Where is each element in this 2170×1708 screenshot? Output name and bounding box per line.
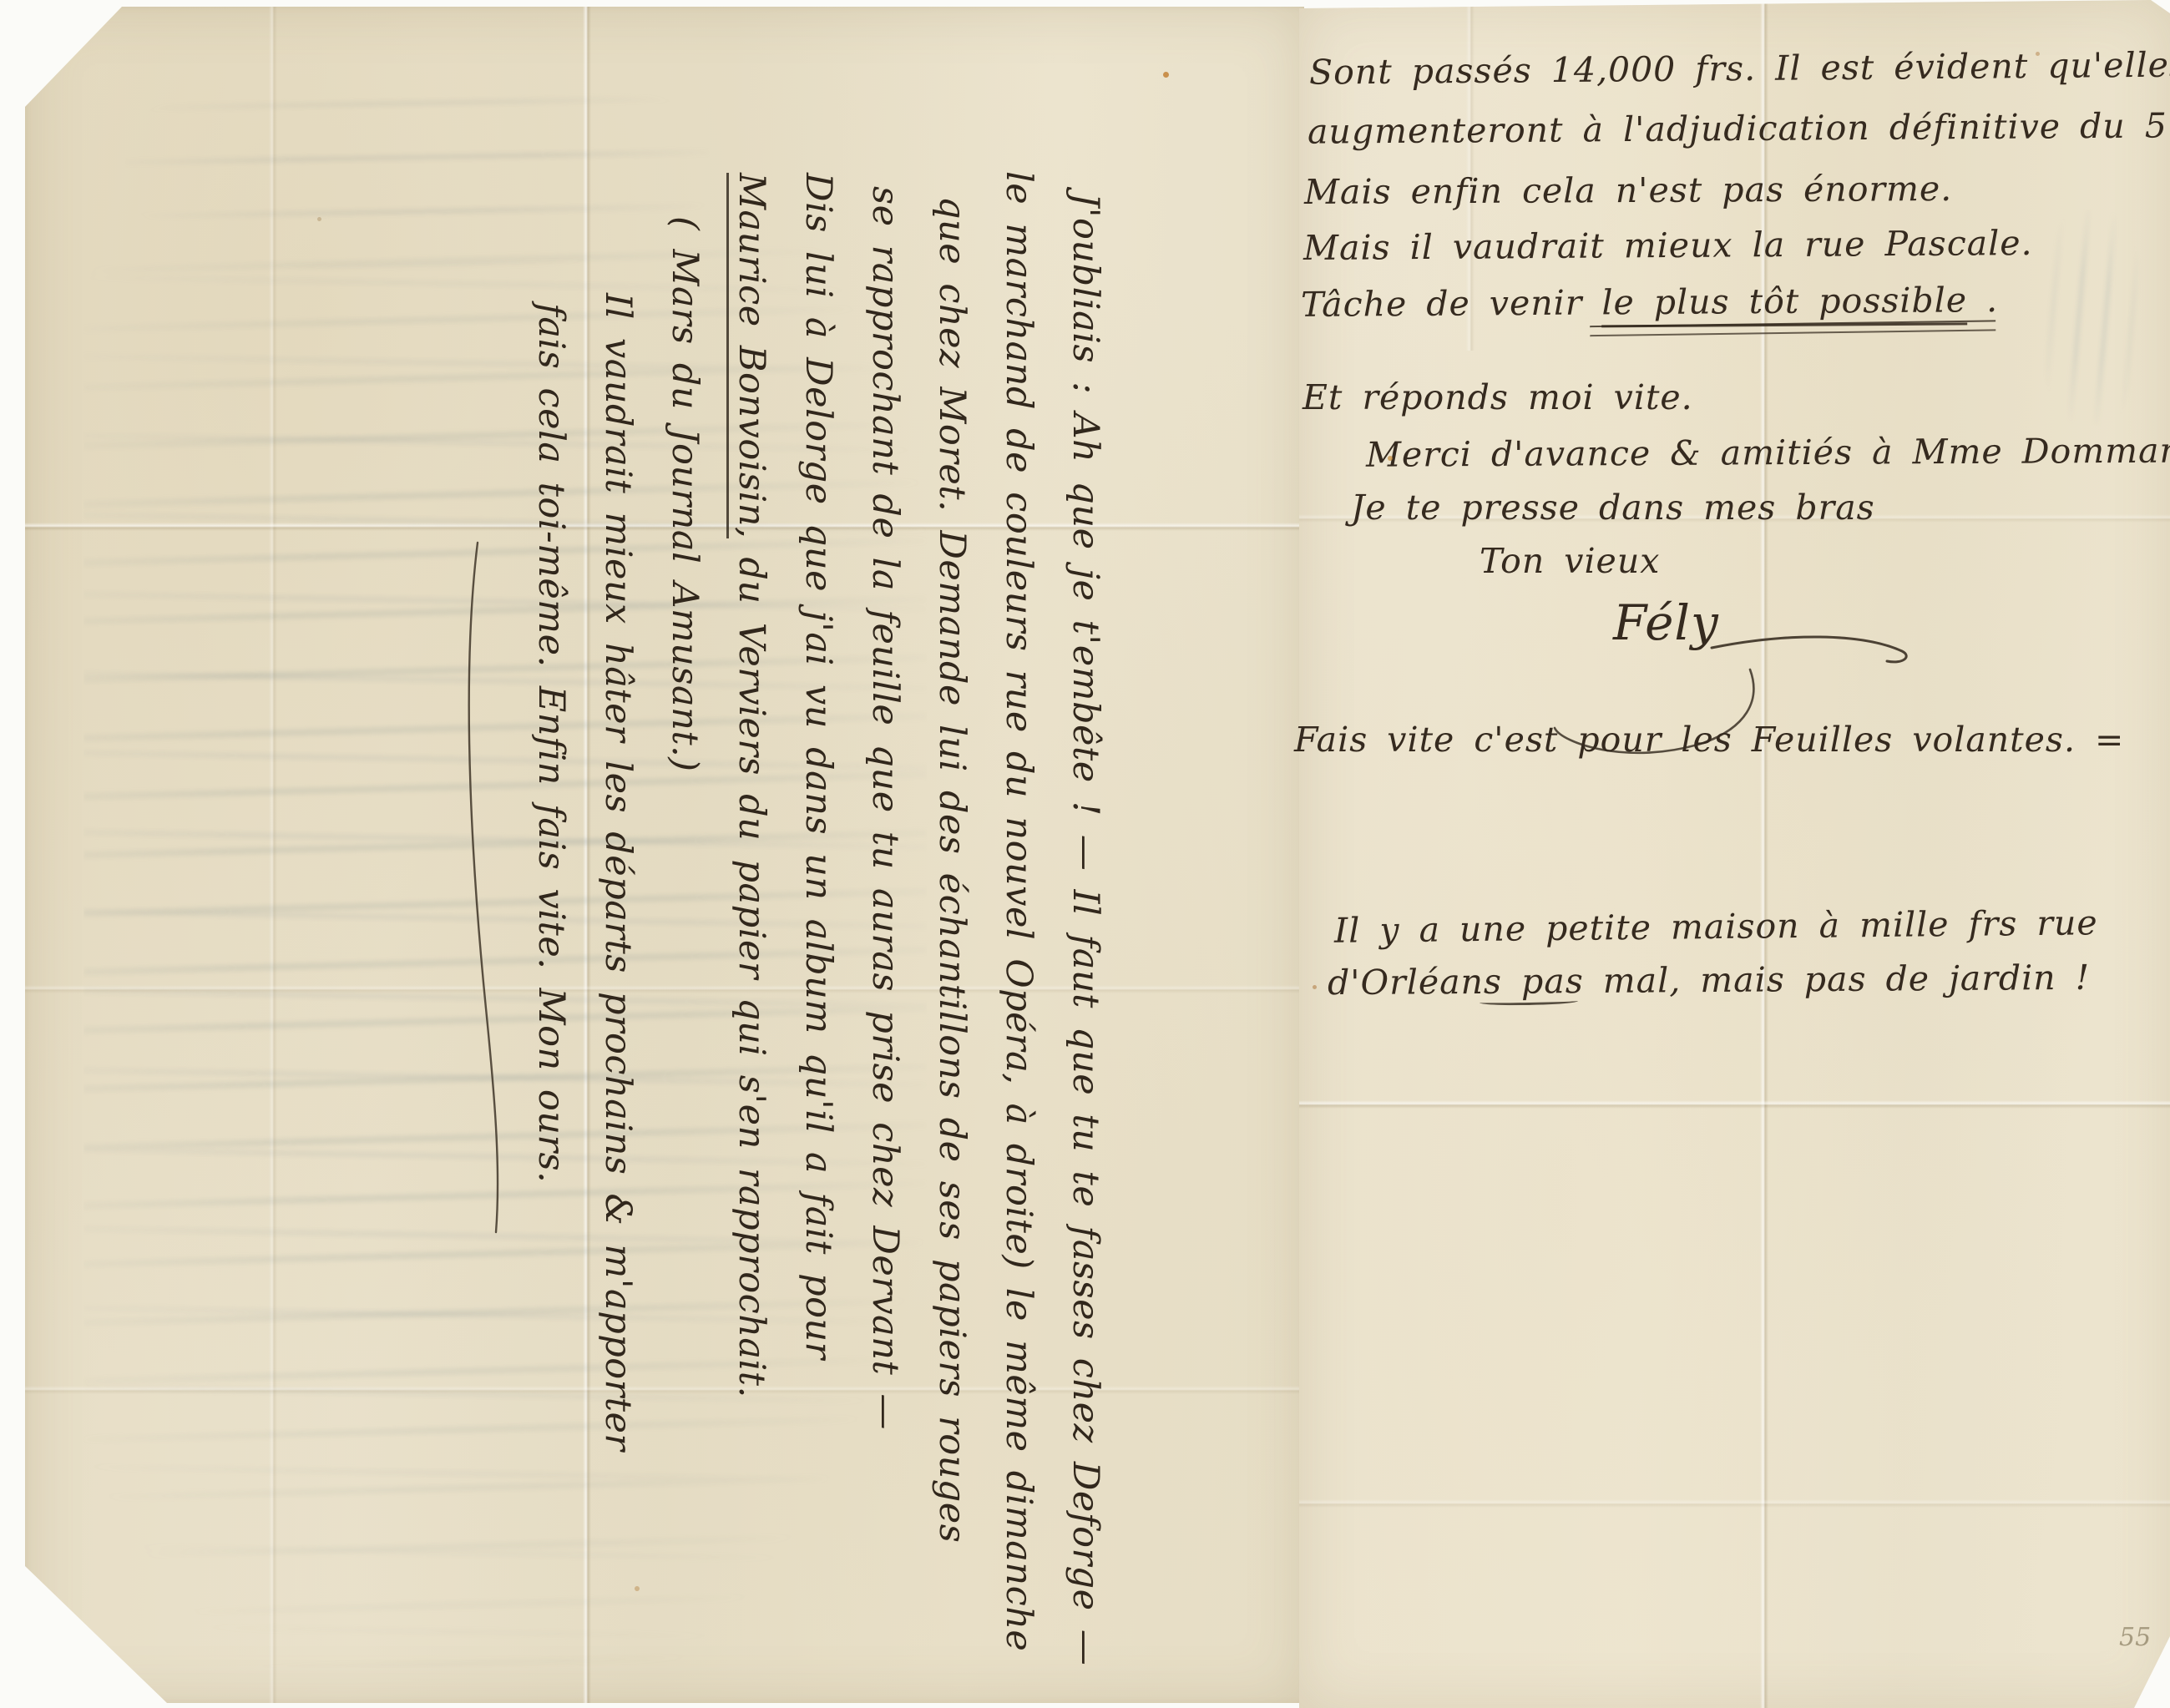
foxing-speck [2036,52,2040,56]
foxing-speck [635,1586,640,1591]
foxing-speck [1388,456,1393,461]
right-line-5: Tâche de venir le plus tôt possible . [1301,280,1998,325]
left-line-6: Maurice Bonvoisin, du Verviers du papier… [718,169,785,1640]
foxing-speck [1163,72,1169,78]
foxing-speck [317,217,321,221]
right-margin-bleedthrough [2037,209,2146,426]
right-line-6: Et réponds moi vite. [1303,377,1693,417]
right-line-9: Ton vieux [1480,541,1660,581]
letter-scan: J'oubliais : Ah que je t'embête ! — Il f… [0,0,2170,1708]
right-line-1: Sont passés 14,000 frs. Il est évident q… [1309,44,2170,92]
corner-mark: 55 [2119,1623,2151,1652]
foxing-speck [1313,985,1317,989]
note-line-2: d'Orléans pas mal, mais pas de jardin ! [1328,958,2090,1003]
right-line-7: Merci d'avance & amitiés à Mme Dommartin… [1366,430,2170,474]
right-sheet-horizontal-fold [1299,1100,2170,1109]
left-line-8: Il vaudrait mieux hâter les départs proc… [584,169,651,1640]
left-sheet: J'oubliais : Ah que je t'embête ! — Il f… [25,7,1304,1703]
left-line-5: Dis lui à Delorge que j'ai vu dans un al… [785,169,852,1640]
right-line-2: augmenteront à l'adjudication définitive… [1308,105,2170,151]
right-line-4: Mais il vaudrait mieux la rue Pascale. [1303,223,2033,268]
left-line-4: se rapprochant de la feuille que tu aura… [852,169,918,1640]
right-line-3: Mais enfin cela n'est pas énorme. [1304,169,1952,212]
right-line-8: Je te presse dans mes bras [1351,488,1875,528]
underlined-name: Maurice Bonvoisin, [726,173,772,538]
note-line-1: Il y a une petite maison à mille frs rue [1334,902,2098,951]
postscript-line: Fais vite c'est pour les Feuilles volant… [1294,720,2124,760]
left-line-1: J'oubliais : Ah que je t'embête ! — Il f… [1052,169,1119,1640]
left-line-2: le marchand de couleurs rue du nouvel Op… [985,169,1052,1640]
right-sheet-horizontal-crease-3 [1299,1499,2170,1508]
left-page-flourish-stroke [443,541,543,1234]
underlined-phrase: le plus tôt possible [1601,280,1967,327]
left-line-7: ( Mars du Journal Amusant.) [651,169,718,1640]
left-line-3: que chez Moret. Demande lui des échantil… [918,169,985,1640]
rotated-text-block: J'oubliais : Ah que je t'embête ! — Il f… [501,169,1119,1640]
